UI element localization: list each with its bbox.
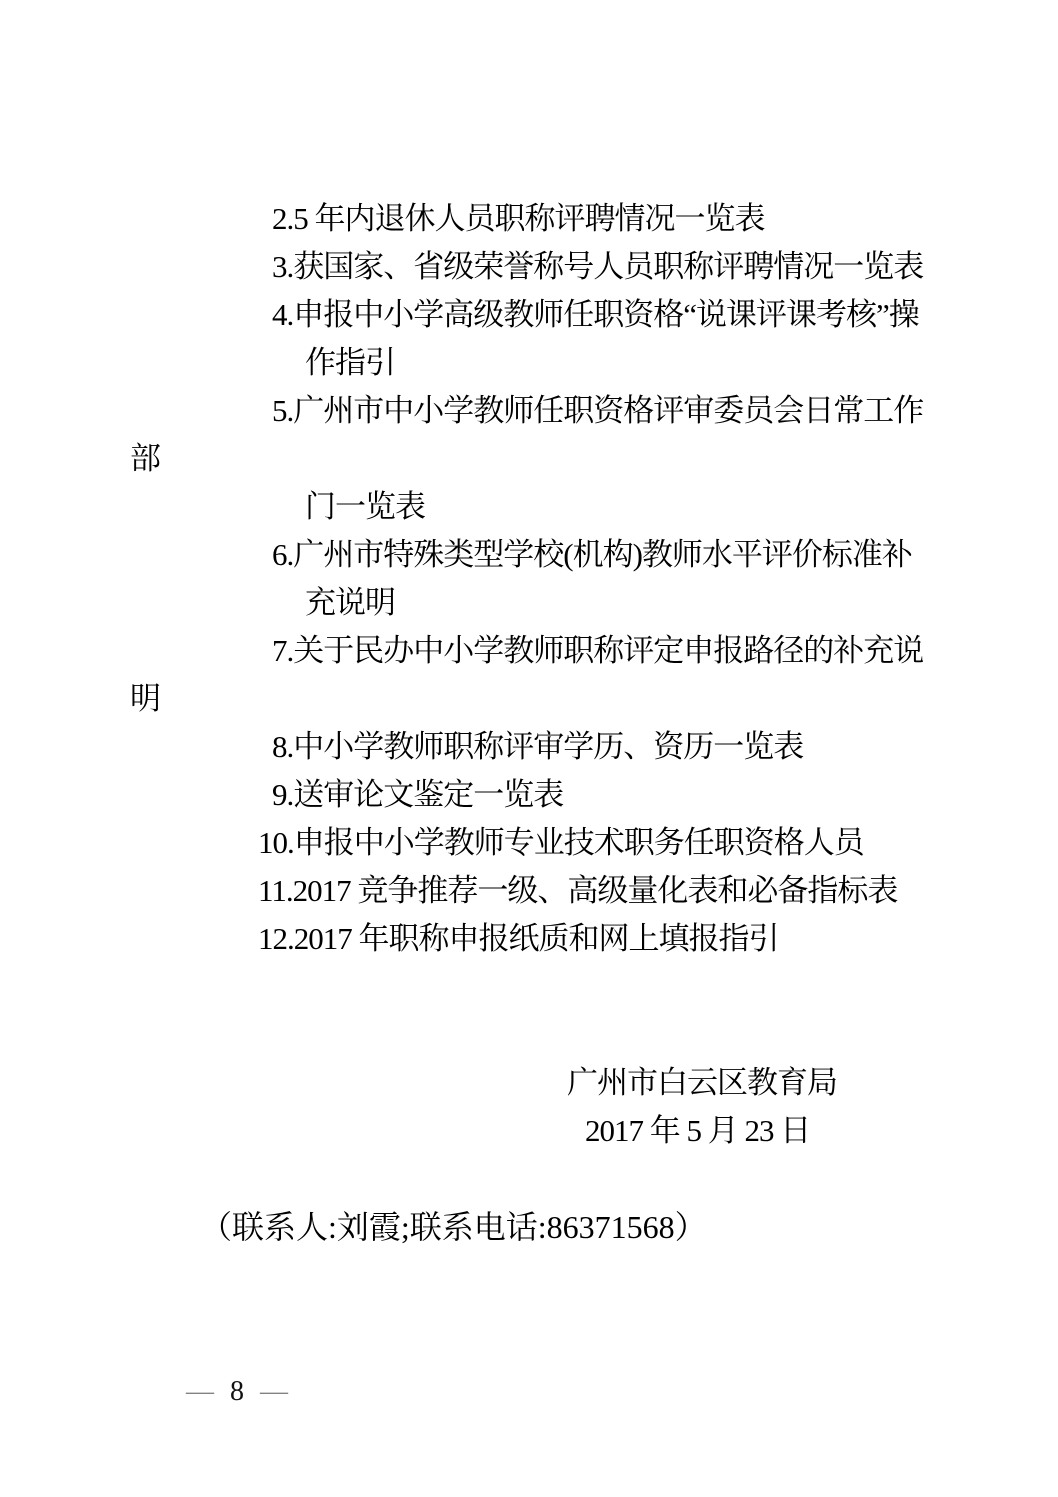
spacer <box>0 1011 1058 1059</box>
spacer <box>0 963 1058 1011</box>
attachment-line-4-cont: 作指引 <box>0 339 1058 387</box>
contact-info: （联系人:刘霞;联系电话:86371568） <box>0 1203 1058 1251</box>
attachment-line-6-cont: 充说明 <box>0 579 1058 627</box>
page-number: —8— <box>158 1338 288 1446</box>
attachment-line-8: 8.中小学教师职称评审学历、资历一览表 <box>0 723 1058 771</box>
document-page: 2.5 年内退休人员职称评聘情况一览表 3.获国家、省级荣誉称号人员职称评聘情况… <box>0 0 1058 1497</box>
page-number-dash-left: — <box>186 1376 214 1407</box>
document-body: 2.5 年内退休人员职称评聘情况一览表 3.获国家、省级荣誉称号人员职称评聘情况… <box>0 195 1058 1251</box>
attachment-line-2: 2.5 年内退休人员职称评聘情况一览表 <box>0 195 1058 243</box>
attachment-line-3: 3.获国家、省级荣誉称号人员职称评聘情况一览表 <box>0 243 1058 291</box>
attachment-line-5-cont: 门一览表 <box>0 483 1058 531</box>
attachment-line-11: 11.2017 竞争推荐一级、高级量化表和必备指标表 <box>0 867 1058 915</box>
page-number-value: 8 <box>230 1376 244 1407</box>
attachment-line-6: 6.广州市特殊类型学校(机构)教师水平评价标准补 <box>0 531 1058 579</box>
attachment-line-10: 10.申报中小学教师专业技术职务任职资格人员 <box>0 819 1058 867</box>
attachment-line-7: 7.关于民办中小学教师职称评定申报路径的补充说 <box>0 627 1058 675</box>
attachment-line-4: 4.申报中小学高级教师任职资格“说课评课考核”操 <box>0 291 1058 339</box>
signature-date: 2017 年 5 月 23 日 <box>0 1107 1058 1155</box>
attachment-line-9: 9.送审论文鉴定一览表 <box>0 771 1058 819</box>
attachment-line-5-hang: 部 <box>0 435 1058 483</box>
attachment-line-12: 12.2017 年职称申报纸质和网上填报指引 <box>0 915 1058 963</box>
attachment-line-5: 5.广州市中小学教师任职资格评审委员会日常工作 <box>0 387 1058 435</box>
attachment-line-7-hang: 明 <box>0 675 1058 723</box>
signature-agency: 广州市白云区教育局 <box>0 1059 1058 1107</box>
spacer <box>0 1155 1058 1203</box>
page-number-dash-right: — <box>260 1376 288 1407</box>
